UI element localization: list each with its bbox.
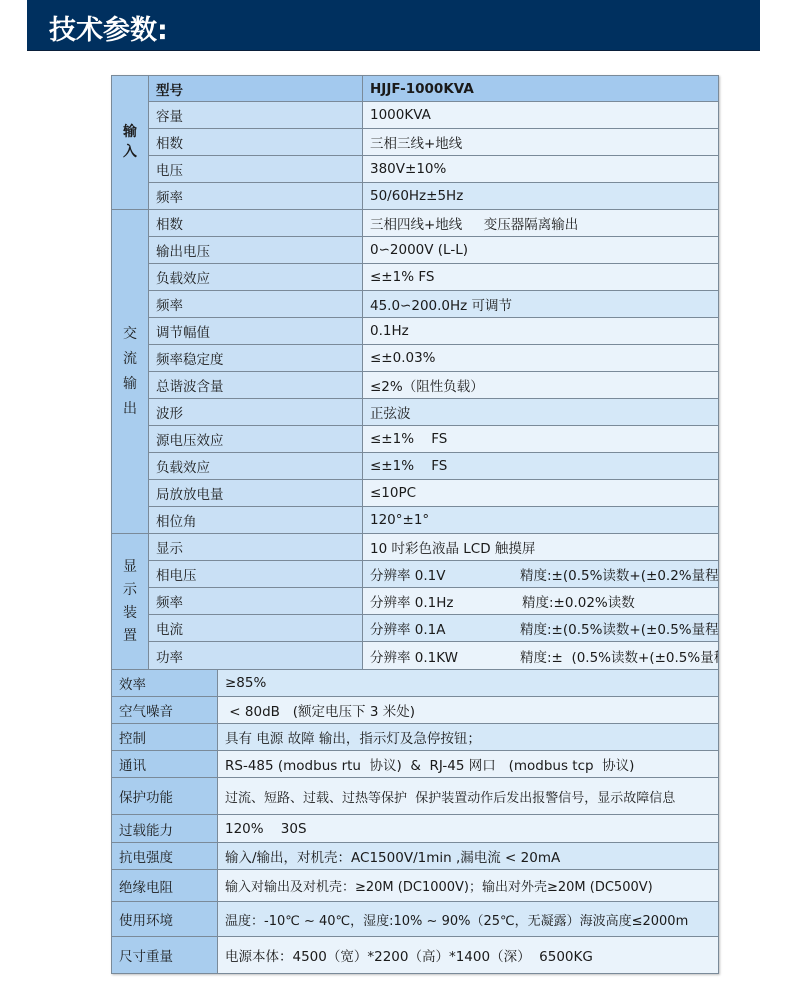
spec-table: 输入 型号 HJJF-1000KVA 容量 1000KVA 相数 三相三线+地线… [111,75,719,974]
row-value: 具有 电源 故障 输出，指示灯及急停按钮； [218,724,719,751]
table-row: 绝缘电阻 输入对输出及对机壳：≥20M (DC1000V)；输出对外壳≥20M … [112,870,719,902]
table-row: 频率 45.0∽200.0Hz 可调节 [112,291,719,318]
row-label: 相数 [149,129,363,156]
row-label: 负载效应 [149,264,363,291]
row-label: 抗电强度 [112,843,218,870]
row-value: ≤±1% FS [363,453,719,480]
row-value: 1000KVA [363,102,719,129]
table-row: 总谐波含量 ≤2%（阻性负载） [112,372,719,399]
group-label-ac-output: 交流输出 [112,210,149,534]
table-row: 输出电压 0∽2000V (L-L) [112,237,719,264]
row-value: 50/60Hz±5Hz [363,183,719,210]
table-row: 显示装置 显示 10 吋彩色液晶 LCD 触摸屏 [112,534,719,561]
table-row: 频率 50/60Hz±5Hz [112,183,719,210]
row-label: 保护功能 [112,778,218,815]
row-label: 调节幅值 [149,318,363,345]
row-value: 过流、短路、过载、过热等保护 保护装置动作后发出报警信号，显示故障信息 [218,778,719,815]
page-title: 技术参数: [49,8,168,47]
table-row: 功率 分辨率 0.1KW精度:± (0.5%读数+(±0.5%量程) [112,642,719,670]
table-row: 控制 具有 电源 故障 输出，指示灯及急停按钮； [112,724,719,751]
row-label: 容量 [149,102,363,129]
row-label: 通讯 [112,751,218,778]
accuracy-value: 精度:±0.02%读数 [522,595,635,611]
row-label: 型号 [149,76,363,102]
row-value: < 80dB (额定电压下 3 米处) [218,697,719,724]
row-label: 效率 [112,670,218,697]
row-label: 局放放电量 [149,480,363,507]
table-row: 频率 分辨率 0.1Hz精度:±0.02%读数 [112,588,719,615]
row-value: 分辨率 0.1Hz精度:±0.02%读数 [363,588,719,615]
row-value: 0∽2000V (L-L) [363,237,719,264]
table-row-model: 输入 型号 HJJF-1000KVA [112,76,719,102]
table-row: 相数 三相三线+地线 [112,129,719,156]
row-value: 三相三线+地线 [363,129,719,156]
row-label: 波形 [149,399,363,426]
row-label: 显示 [149,534,363,561]
row-label: 频率稳定度 [149,345,363,372]
row-label: 源电压效应 [149,426,363,453]
display-value: 10 吋彩色液晶 LCD 触摸屏 [370,541,535,557]
table-row: 空气噪音 < 80dB (额定电压下 3 米处) [112,697,719,724]
row-value: 输入对输出及对机壳：≥20M (DC1000V)；输出对外壳≥20M (DC50… [218,870,719,902]
row-label: 控制 [112,724,218,751]
row-label: 绝缘电阻 [112,870,218,902]
row-value: 分辨率 0.1V精度:±(0.5%读数+(±0.2%量程) [363,561,719,588]
table-row: 抗电强度 输入/输出，对机壳：AC1500V/1min ,漏电流 < 20mA [112,843,719,870]
row-value: 120°±1° [363,507,719,534]
table-row: 局放放电量 ≤10PC [112,480,719,507]
table-row: 过载能力 120% 30S [112,815,719,843]
row-label: 空气噪音 [112,697,218,724]
row-value: 正弦波 [363,399,719,426]
row-label: 输出电压 [149,237,363,264]
resolution-value: 分辨率 0.1A [370,618,520,638]
resolution-value: 分辨率 0.1Hz [370,591,522,611]
table-row: 相电压 分辨率 0.1V精度:±(0.5%读数+(±0.2%量程) [112,561,719,588]
group-label-input: 输入 [112,76,149,210]
row-label: 频率 [149,291,363,318]
table-row: 容量 1000KVA [112,102,719,129]
row-label: 相电压 [149,561,363,588]
row-value: ≥85% [218,670,719,697]
row-value: 输入/输出，对机壳：AC1500V/1min ,漏电流 < 20mA [218,843,719,870]
row-value: 三相四线+地线 变压器隔离输出 [363,210,719,237]
row-value: 分辨率 0.1A精度:±(0.5%读数+(±0.5%量程) [363,615,719,642]
row-label: 尺寸重量 [112,937,218,974]
accuracy-value: 精度:±(0.5%读数+(±0.2%量程) [520,568,719,584]
row-value: 380V±10% [363,156,719,183]
row-value: ≤±1% FS [363,426,719,453]
row-value: HJJF-1000KVA [363,76,719,102]
table-row: 电流 分辨率 0.1A精度:±(0.5%读数+(±0.5%量程) [112,615,719,642]
row-value: 分辨率 0.1KW精度:± (0.5%读数+(±0.5%量程) [363,642,719,670]
table-row: 负载效应 ≤±1% FS [112,264,719,291]
table-row: 负载效应 ≤±1% FS [112,453,719,480]
row-label: 频率 [149,588,363,615]
row-value: 10 吋彩色液晶 LCD 触摸屏 [363,534,719,561]
table-row: 相位角 120°±1° [112,507,719,534]
table-row: 尺寸重量 电源本体：4500（宽）*2200（高）*1400（深） 6500KG [112,937,719,974]
row-label: 负载效应 [149,453,363,480]
row-label: 总谐波含量 [149,372,363,399]
table-row: 保护功能 过流、短路、过载、过热等保护 保护装置动作后发出报警信号，显示故障信息 [112,778,719,815]
row-label: 相位角 [149,507,363,534]
row-value: ≤±0.03% [363,345,719,372]
table-row: 交流输出 相数 三相四线+地线 变压器隔离输出 [112,210,719,237]
table-row: 使用环境 温度：-10℃ ~ 40℃，湿度:10% ~ 90%（25℃，无凝露）… [112,902,719,937]
accuracy-value: 精度:± (0.5%读数+(±0.5%量程) [520,650,719,666]
header-bar: 技术参数: [27,0,760,51]
row-value: 温度：-10℃ ~ 40℃，湿度:10% ~ 90%（25℃，无凝露）海波高度≤… [218,902,719,937]
row-label: 过载能力 [112,815,218,843]
table-row: 源电压效应 ≤±1% FS [112,426,719,453]
accuracy-value: 精度:±(0.5%读数+(±0.5%量程) [520,622,719,638]
row-label: 相数 [149,210,363,237]
row-label: 电压 [149,156,363,183]
table-row: 频率稳定度 ≤±0.03% [112,345,719,372]
row-value: 45.0∽200.0Hz 可调节 [363,291,719,318]
group-label-text: 输入 [122,122,138,162]
table-row: 电压 380V±10% [112,156,719,183]
row-value: 电源本体：4500（宽）*2200（高）*1400（深） 6500KG [218,937,719,974]
table-row: 波形 正弦波 [112,399,719,426]
table-row: 通讯 RS-485 (modbus rtu 协议) & RJ-45 网口 (mo… [112,751,719,778]
row-value: ≤2%（阻性负载） [363,372,719,399]
table-row: 调节幅值 0.1Hz [112,318,719,345]
row-value: ≤10PC [363,480,719,507]
row-label: 电流 [149,615,363,642]
row-label: 使用环境 [112,902,218,937]
group-label-text: 显示装置 [122,556,138,648]
row-value: ≤±1% FS [363,264,719,291]
resolution-value: 分辨率 0.1KW [370,646,520,666]
group-label-display: 显示装置 [112,534,149,670]
row-label: 频率 [149,183,363,210]
table-row: 效率 ≥85% [112,670,719,697]
row-value: 120% 30S [218,815,719,843]
row-value: RS-485 (modbus rtu 协议) & RJ-45 网口 (modbu… [218,751,719,778]
resolution-value: 分辨率 0.1V [370,564,520,584]
row-value: 0.1Hz [363,318,719,345]
group-label-text: 交流输出 [122,322,138,422]
row-label: 功率 [149,642,363,670]
